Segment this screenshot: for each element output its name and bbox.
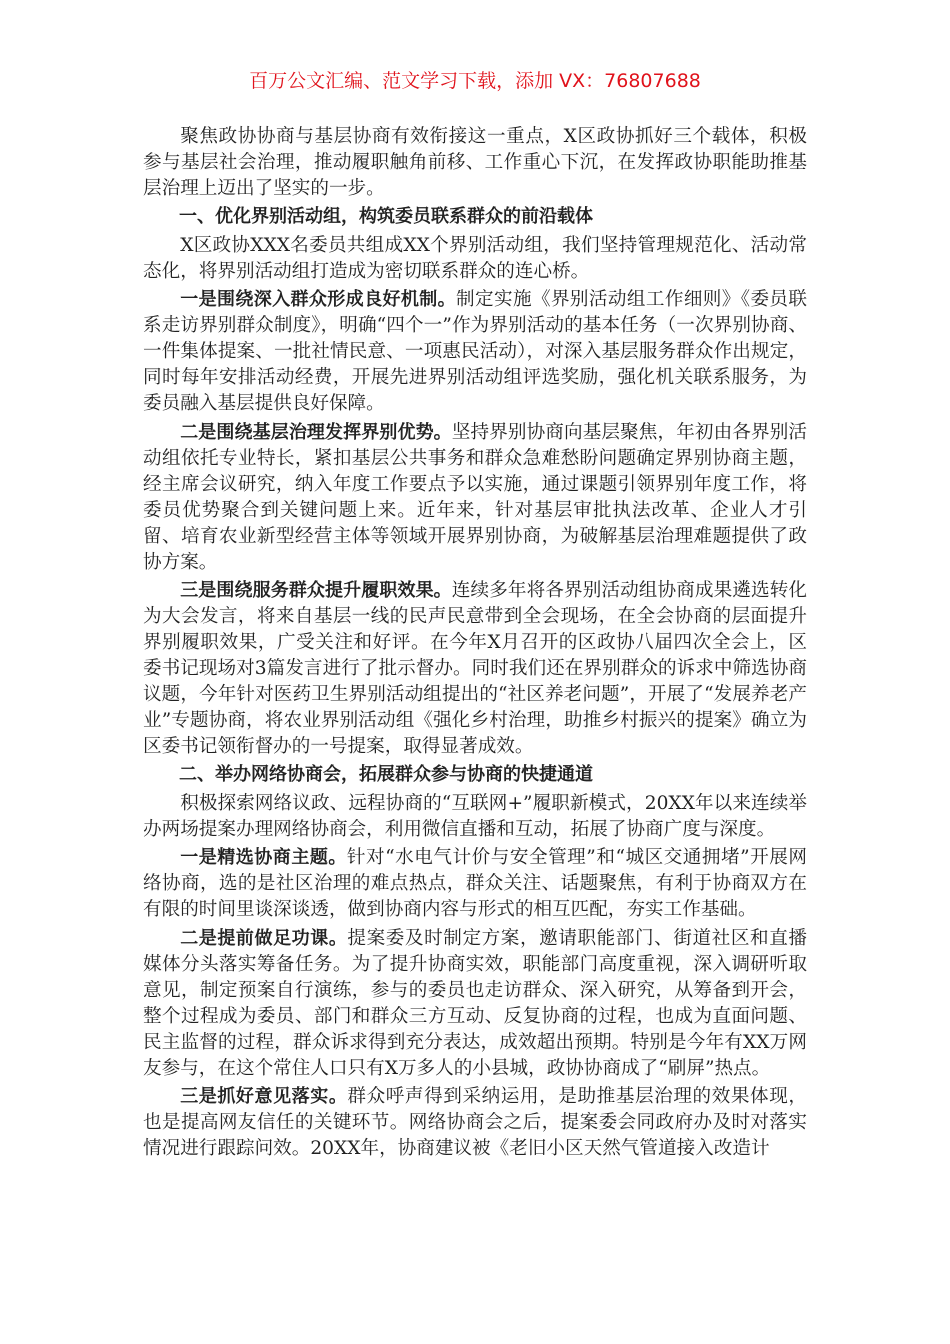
point-text: 连续多年将各界别活动组协商成果遴选转化为大会发言，将来自基层一线的民声民意带到全…	[143, 580, 807, 757]
section-2-point-1: 一是精选协商主题。针对“水电气计价与安全管理”和“城区交通拥堵”开展网络协商，选…	[143, 845, 807, 923]
point-lead: 一是围绕深入群众形成良好机制。	[180, 289, 456, 310]
point-lead: 二是围绕基层治理发挥界别优势。	[180, 422, 452, 443]
point-lead: 二是提前做足功课。	[180, 928, 347, 949]
section-1-point-1: 一是围绕深入群众形成良好机制。制定实施《界别活动组工作细则》《委员联系走访界别群…	[143, 287, 807, 417]
point-lead: 三是围绕服务群众提升履职效果。	[180, 580, 452, 601]
section-2-intro: 积极探索网络议政、远程协商的“互联网+”履职新模式，20XX年以来连续举办两场提…	[143, 791, 807, 843]
point-text: 提案委及时制定方案，邀请职能部门、街道社区和直播媒体分头落实筹备任务。为了提升协…	[143, 928, 807, 1079]
download-banner: 百万公文汇编、范文学习下载，添加 VX：76807688	[0, 68, 950, 94]
point-lead: 一是精选协商主题。	[180, 847, 347, 868]
intro-paragraph: 聚焦政协协商与基层协商有效衔接这一重点，X区政协抓好三个载体，积极参与基层社会治…	[143, 124, 807, 202]
point-text: 坚持界别协商向基层聚焦，年初由各界别活动组依托专业特长，紧扣基层公共事务和群众急…	[143, 422, 807, 573]
point-lead: 三是抓好意见落实。	[180, 1086, 347, 1107]
section-heading-1: 一、优化界别活动组，构筑委员联系群众的前沿载体	[143, 204, 807, 230]
section-2-point-2: 二是提前做足功课。提案委及时制定方案，邀请职能部门、街道社区和直播媒体分头落实筹…	[143, 926, 807, 1082]
section-1-point-3: 三是围绕服务群众提升履职效果。连续多年将各界别活动组协商成果遴选转化为大会发言，…	[143, 578, 807, 760]
section-1-intro: X区政协XXX名委员共组成XX个界别活动组，我们坚持管理规范化、活动常态化，将界…	[143, 233, 807, 285]
section-heading-2: 二、举办网络协商会，拓展群众参与协商的快捷通道	[143, 762, 807, 788]
section-2-point-3: 三是抓好意见落实。群众呼声得到采纳运用，是助推基层治理的效果体现，也是提高网友信…	[143, 1084, 807, 1162]
document-body: 聚焦政协协商与基层协商有效衔接这一重点，X区政协抓好三个载体，积极参与基层社会治…	[143, 124, 807, 1164]
section-1-point-2: 二是围绕基层治理发挥界别优势。坚持界别协商向基层聚焦，年初由各界别活动组依托专业…	[143, 420, 807, 576]
